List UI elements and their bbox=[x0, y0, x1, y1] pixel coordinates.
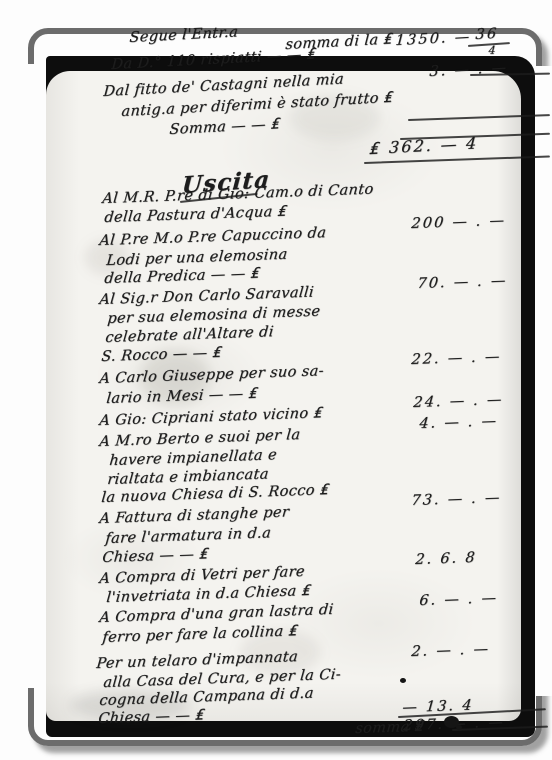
amount-value: 70. — . — bbox=[417, 273, 509, 292]
amount-value: 2. — . — bbox=[411, 641, 491, 660]
ink-blot bbox=[456, 725, 462, 730]
amount-value: 24. — . — bbox=[413, 392, 505, 411]
manuscript-line: Da D.° 110 rispiatti — — ₤ bbox=[111, 46, 317, 73]
ink-blot bbox=[400, 678, 406, 683]
carryover-amount-denari: 4 bbox=[488, 44, 496, 57]
manuscript-line: della Predica — — ₤ bbox=[104, 266, 261, 288]
carryover-amount: 1350. — bbox=[395, 29, 472, 49]
manuscript-line: lario in Mesi — — ₤ bbox=[106, 386, 259, 407]
manuscript-line: A Gio: Cipriani stato vicino ₤ bbox=[99, 405, 324, 429]
manuscript-line: A Fattura di stanghe per bbox=[99, 504, 290, 527]
manuscript-line: l'invetriata in d.a Chiesa ₤ bbox=[106, 583, 312, 606]
manuscript-text-layer: Segue l'Entr.a somma di la ₤ 1350. — 36 … bbox=[0, 0, 552, 760]
ink-rule-line bbox=[408, 114, 550, 121]
manuscript-line: A Carlo Giuseppe per suo sa- bbox=[99, 363, 325, 387]
ink-rule-line bbox=[470, 73, 550, 76]
carryover-amount-soldi: 36 bbox=[475, 26, 499, 43]
amount-value: 200 — . — bbox=[411, 213, 507, 232]
manuscript-line: Chiesa — — ₤ bbox=[102, 546, 210, 566]
amount-value: 73. — . — bbox=[411, 490, 503, 509]
amount-value: 6. — . — bbox=[419, 590, 499, 609]
manuscript-line: della Pastura d'Acqua ₤ bbox=[104, 204, 288, 226]
manuscript-line: Al P.re M.o P.re Capuccino da bbox=[99, 225, 327, 249]
scan-viewport: Segue l'Entr.a somma di la ₤ 1350. — 36 … bbox=[0, 0, 552, 760]
manuscript-line: fare l'armatura in d.a bbox=[105, 525, 272, 547]
amount-value: 4. — . — bbox=[419, 413, 499, 432]
manuscript-line: celebrate all'Altare di bbox=[105, 324, 275, 346]
manuscript-line: havere impianellata e bbox=[109, 447, 278, 469]
carryover-label: Segue l'Entr.a bbox=[129, 24, 239, 46]
manuscript-line: per sua elemosina di messe bbox=[107, 304, 321, 327]
amount-value: 3. — . — bbox=[429, 60, 509, 80]
manuscript-line: Somma — — ₤ bbox=[169, 116, 281, 138]
amount-value: 22. — . — bbox=[411, 349, 503, 368]
amount-value: 2. 6. 8 bbox=[415, 550, 478, 568]
manuscript-line: Chiesa — — ₤ bbox=[98, 707, 206, 727]
